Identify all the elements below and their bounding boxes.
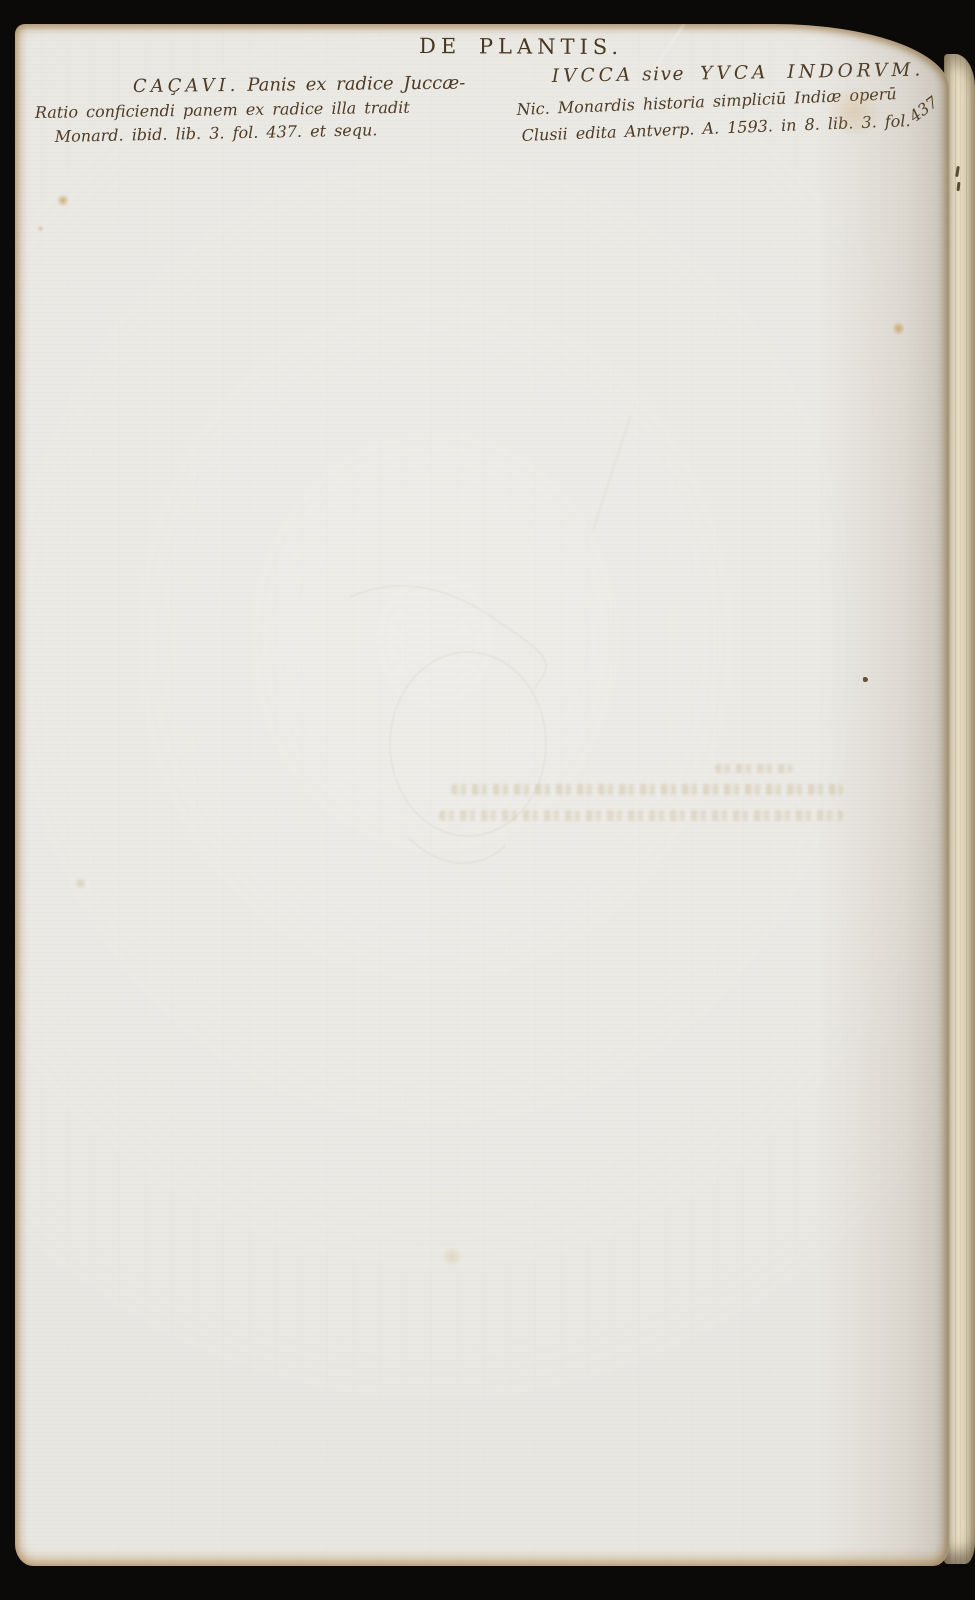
foxing-spot — [57, 194, 69, 207]
entry-yucca-citation-folio: 437 — [906, 92, 942, 126]
bleed-through-text — [439, 810, 843, 821]
page-title: DE PLANTIS. — [419, 34, 623, 59]
entry-cacavi-heading: CAÇAVI.Panis ex radice Juccæ- — [133, 73, 466, 97]
entry-cacavi-citation: Monard. ibid. lib. 3. fol. 437. et sequ. — [55, 120, 378, 146]
bleed-through-text — [451, 784, 843, 795]
scan-background: { "document": { "title": "DE PLANTIS.", … — [0, 0, 975, 1600]
stain — [821, 90, 887, 134]
ink-speck — [863, 677, 868, 682]
entry-cacavi-word: CAÇAVI. — [133, 75, 240, 97]
entry-yucca-heading: IVCCAsive YVCA INDORVM. — [552, 59, 933, 87]
foxing-spot — [73, 878, 88, 889]
fore-edge-ink-mark — [957, 182, 961, 191]
bleed-through-text — [715, 764, 793, 773]
foxing-spot — [439, 1248, 465, 1265]
foxing-spot — [893, 321, 904, 336]
entry-yucca-word2: YVCA INDORVM. — [700, 60, 924, 85]
sketch-show-through — [290, 539, 620, 899]
entry-yucca-word: IVCCA — [552, 65, 635, 87]
fore-edge-ink-mark — [955, 166, 960, 177]
entry-cacavi-subtitle: Panis ex radice Juccæ- — [247, 73, 465, 96]
paper-crease — [632, 24, 685, 101]
manuscript-page: DE PLANTIS. CAÇAVI.Panis ex radice Juccæ… — [15, 24, 949, 1566]
paper-crease — [592, 417, 630, 531]
foxing-spot — [37, 225, 44, 232]
entry-cacavi-note-line: Ratio conficiendi panem ex radice illa t… — [35, 98, 410, 122]
